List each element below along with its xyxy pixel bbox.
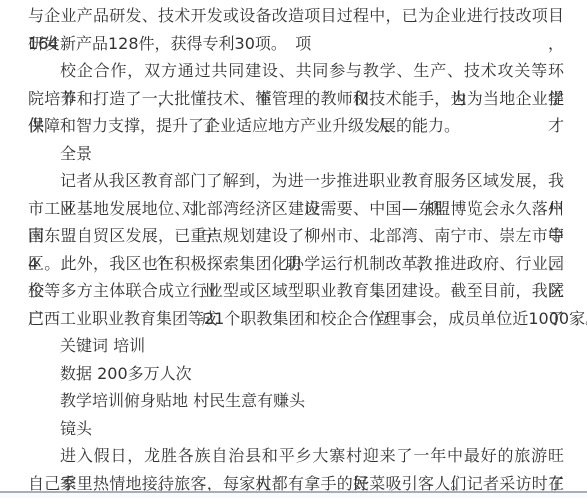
text-line: 关键词 培训 <box>28 332 564 360</box>
window-bottom-border <box>0 491 587 498</box>
text-line: 校等多方主体联合成立行业型或区域型职业教育集团建设。截至目前，我区已成立了 <box>28 277 564 305</box>
text-line: 数据 200多万人次 <box>28 360 564 388</box>
text-line: 院培养和打造了一大批懂技术、懂管理的教师和技术能手，也为当地企业提供了人才 <box>28 85 564 113</box>
text-line: 广西工业职业教育集团等21个职教集团和校企合作理事会，成员单位近1000家。 <box>28 305 564 333</box>
document-page: 与企业产品研发、技术开发或设备改造项目过程中，已为企业进行技改项目164项， 研… <box>0 0 587 498</box>
text-line: 与企业产品研发、技术开发或设备改造项目过程中，已为企业进行技改项目164项， <box>28 2 564 30</box>
text-line: 记者从我区教育部门了解到，为进一步推进职业教育服务区域发展，我区对应柳州 <box>28 167 564 195</box>
text-line: 教学培训俯身贴地 村民生意有赚头 <box>28 387 564 415</box>
text-line: 全景 <box>28 140 564 168</box>
text-line: 校企合作，双方通过共同建设、共同参与教学、生产、技术攻关等环节，不仅为学 <box>28 57 564 85</box>
document-text-area: 与企业产品研发、技术开发或设备改造项目过程中，已为企业进行技改项目164项， 研… <box>28 2 564 497</box>
text-line: 区。此外，我区也在积极探索集团化办学运行机制改革，推进政府、行业、企业、院 <box>28 250 564 278</box>
text-line: 市工业基地发展地位、北部湾经济区建设需要、中国—东盟博览会永久落户南宁、中 <box>28 195 564 223</box>
text-line: 国东盟自贸区发展，已重点规划建设了柳州市、北部湾、南宁市、崇左市等4个职教园 <box>28 222 564 250</box>
text-line: 镜头 <box>28 415 564 443</box>
text-line: 进入假日，龙胜各族自治县和平乡大寨村迎来了一年中最好的旅游旺季。村民们在 <box>28 442 564 470</box>
